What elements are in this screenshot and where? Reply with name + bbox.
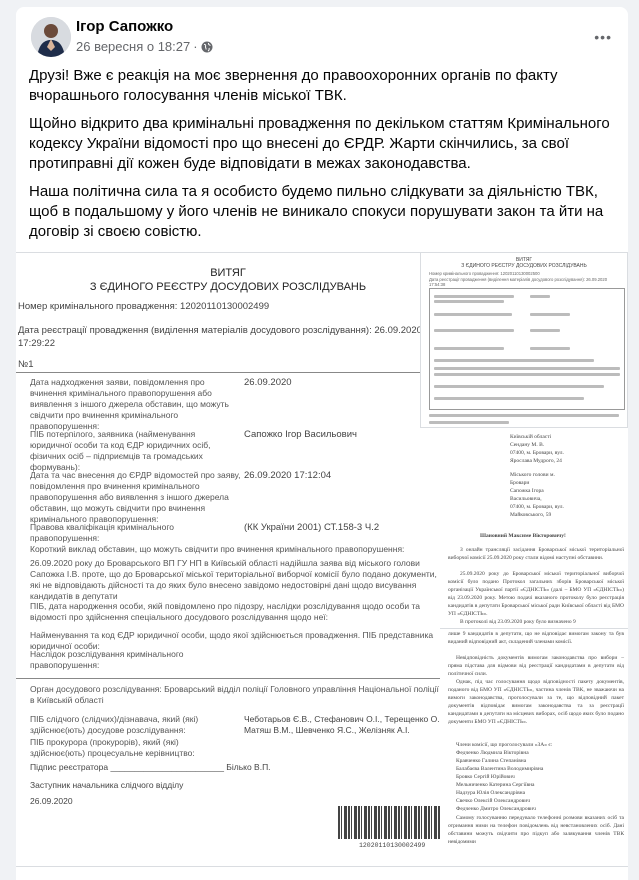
addressee-line: Майковського, 59 <box>510 512 551 518</box>
post-timestamp[interactable]: 26 вересня о 18:27 <box>76 39 190 54</box>
text-line <box>530 329 560 332</box>
summary-text: 26.09.2020 року до Броварського ВП ГУ НП… <box>30 558 440 602</box>
position-line: Заступник начальника слідчого відділу <box>30 780 183 790</box>
text-line <box>434 313 512 316</box>
prosecutor-label: ПІБ прокурора (прокурорів), який (які) з… <box>30 737 230 759</box>
addressee-line: Київській області <box>510 434 551 440</box>
row-value: Сапожко Ігор Васильович <box>244 429 357 440</box>
text-line <box>434 295 514 298</box>
summary-label: Короткий виклад обставин, що можуть свід… <box>30 544 430 555</box>
letter-paragraph: лише 9 кандидатів в депутати, що не відп… <box>448 630 624 646</box>
row-value: (КК України 2001) СТ.158-3 Ч.2 <box>244 522 379 533</box>
text-line <box>434 300 504 303</box>
addressee-line: Сендану М. В. <box>510 442 544 448</box>
letter-paragraph: Самому голосуванню передувало телефонні … <box>448 814 624 846</box>
investigators-label: ПІБ слідчого (слідчих)/дізнавача, який (… <box>30 714 245 736</box>
doc-title-line: З ЄДИНОГО РЕЄСТРУ ДОСУДОВИХ РОЗСЛІДУВАНЬ <box>421 263 627 269</box>
text-line <box>429 414 619 417</box>
post-meta: 26 вересня о 18:27 · <box>76 39 213 54</box>
letter-paragraph: З онлайн трансляції засідання Броварсько… <box>448 546 624 562</box>
meta-separator: · <box>193 39 197 54</box>
addressee-line: Васильовича, <box>510 496 542 502</box>
member-name: Балабаєва Валентина Володимирівна <box>456 766 543 772</box>
divider <box>16 372 440 373</box>
text-line <box>434 397 584 400</box>
member-name: Кравченко Галина Степанівна <box>456 758 526 764</box>
investigators-value: Чеботарьов Є.В., Стефанович О.І., Тереще… <box>244 714 440 724</box>
doc-title: ВИТЯГ З ЄДИНОГО РЕЄСТРУ ДОСУДОВИХ РОЗСЛІ… <box>16 266 440 294</box>
row-value: 26.09.2020 17:12:04 <box>244 470 331 481</box>
greeting: Шановний Максиме Вікторовичу! <box>480 533 566 539</box>
section-number: №1 <box>18 359 33 370</box>
result-label: Наслідок розслідування кримінального пра… <box>30 649 190 671</box>
text-line <box>434 367 620 370</box>
registration-time: 17:29:22 <box>18 338 55 349</box>
signature-line: Підпис реєстратора _____________________… <box>30 762 271 772</box>
letter-paragraph: Однак, під час голосування щодо відповід… <box>448 678 624 726</box>
member-name: Бровко Сергій Юрійович <box>456 774 515 780</box>
row-value: 26.09.2020 <box>244 377 292 388</box>
member-name: Мельниченко Катерина Сергіївна <box>456 782 534 788</box>
addressee-line: Бровари <box>510 480 529 486</box>
case-number: Номер кримінального провадження: 1202011… <box>18 301 269 312</box>
text-line <box>429 421 509 424</box>
row-label: Дата надходження заяви, повідомлення про… <box>30 377 230 432</box>
text-line <box>530 347 570 350</box>
photo-letter[interactable]: Київській області Сендану М. В. 07400, м… <box>440 428 628 880</box>
avatar[interactable] <box>31 17 71 57</box>
photo-registry-extract-2[interactable]: ВИТЯГ З ЄДИНОГО РЕЄСТРУ ДОСУДОВИХ РОЗСЛІ… <box>420 252 628 428</box>
letter-paragraph: В протоколі від 23.09.2020 року було виз… <box>448 618 624 626</box>
organ-label: Орган досудового розслідування: Броварсь… <box>30 684 440 706</box>
text-line <box>434 373 620 376</box>
post-paragraph: Друзі! Вже є реакція на моє звернення до… <box>29 66 619 106</box>
image-divider <box>16 866 628 867</box>
doc-table <box>429 288 625 410</box>
addressee-line: Сапожка Ігора <box>510 488 544 494</box>
post-paragraph: Щойно відкрито два кримінальні проваджен… <box>29 114 619 174</box>
addressee-line: Ярослава Мудрого, 24 <box>510 458 562 464</box>
doc-title: ВИТЯГ З ЄДИНОГО РЕЄСТРУ ДОСУДОВИХ РОЗСЛІ… <box>421 257 627 269</box>
text-line <box>434 347 504 350</box>
text-line <box>434 329 514 332</box>
barcode <box>338 806 440 839</box>
row-label: Дата та час внесення до ЄРДР відомостей … <box>30 470 245 525</box>
post-header: Ігор Сапожко 26 вересня о 18:27 · ••• <box>16 7 628 59</box>
text-line <box>434 385 604 388</box>
registration-date: Дата реєстрації провадження (виділення м… <box>18 325 422 336</box>
row-label: ПІБ потерпілого, заявника (найменування … <box>30 429 230 473</box>
text-line <box>530 295 550 298</box>
members-intro: Члени комісії, що проголосували «ЗА» є: <box>456 742 552 748</box>
post-card: Ігор Сапожко 26 вересня о 18:27 · ••• Др… <box>16 7 628 880</box>
member-name: Федченко Людмила Вікторівна <box>456 750 529 756</box>
text-line <box>434 359 594 362</box>
divider <box>16 678 440 679</box>
member-name: Надзура Юлія Олександрівна <box>456 790 525 796</box>
letter-paragraph: Невідповідність документів вимогам закон… <box>448 654 624 678</box>
doc-title-line: ВИТЯГ <box>16 266 440 280</box>
post-media-grid: ВИТЯГ З ЄДИНОГО РЕЄСТРУ ДОСУДОВИХ РОЗСЛІ… <box>16 252 628 880</box>
member-name: Федченко Дмитро Олександрович <box>456 806 536 812</box>
letter-paragraph: 25.09.2020 року до Броварської міської т… <box>448 570 624 618</box>
photo-registry-extract-1[interactable]: ВИТЯГ З ЄДИНОГО РЕЄСТРУ ДОСУДОВИХ РОЗСЛІ… <box>16 252 440 866</box>
more-options-button[interactable]: ••• <box>594 29 612 45</box>
registration-time: 17:54:38 <box>429 282 445 287</box>
member-name: Свечко Олексій Олександрович <box>456 798 530 804</box>
avatar-photo <box>31 17 71 57</box>
author-name[interactable]: Ігор Сапожко <box>76 18 173 35</box>
investigators-value: Матяш В.М., Шевченко Я.С., Желізняк А.І. <box>244 725 410 735</box>
case-number: Номер кримінального провадження: 1202011… <box>429 271 540 276</box>
barcode-number: 12020110130002499 <box>359 842 425 849</box>
registration-date: Дата реєстрації провадження (виділення м… <box>429 277 607 282</box>
addressee-line: Міського голови м. <box>510 472 555 478</box>
text-line <box>530 313 570 316</box>
addressee-line: 07400, м. Бровари, вул. <box>510 450 564 456</box>
image-divider <box>440 628 628 629</box>
addressee-line: 07400, м. Бровари, вул. <box>510 504 564 510</box>
doc-date: 26.09.2020 <box>30 796 73 806</box>
suspect-label: ПІБ, дата народження особи, якій повідом… <box>30 601 430 623</box>
row-label: Правова кваліфікація кримінального право… <box>30 522 240 544</box>
doc-title-line: З ЄДИНОГО РЕЄСТРУ ДОСУДОВИХ РОЗСЛІДУВАНЬ <box>16 280 440 294</box>
post-paragraph: Наша політична сила та я особисто будемо… <box>29 182 619 242</box>
globe-icon[interactable] <box>201 41 213 53</box>
